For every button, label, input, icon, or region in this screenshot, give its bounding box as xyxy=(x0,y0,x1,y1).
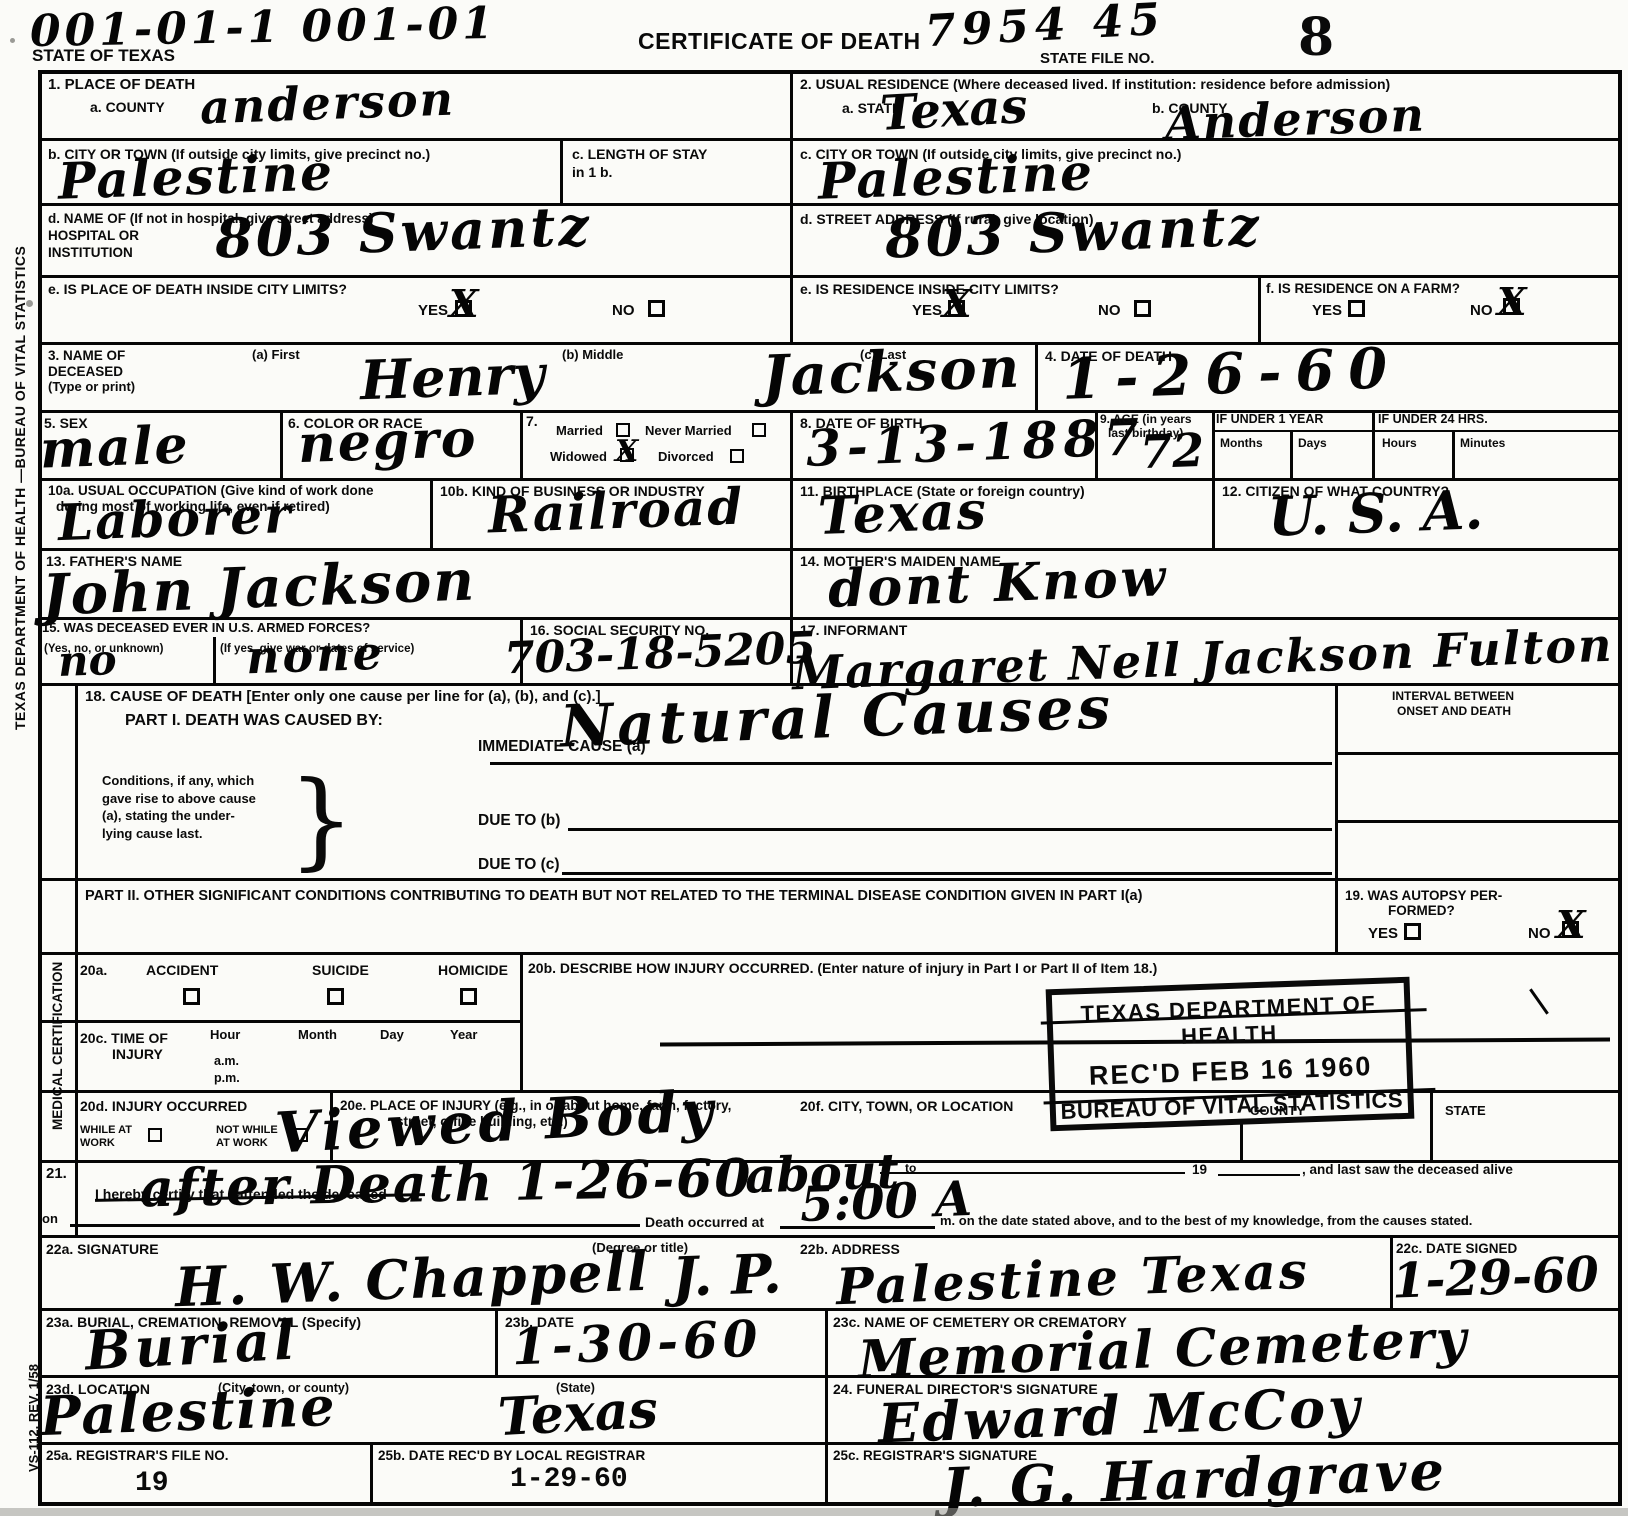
grid-line xyxy=(213,637,216,683)
while-at-work-label-2: WORK xyxy=(80,1137,115,1150)
field-informant-label: 17. INFORMANT xyxy=(800,622,907,638)
grid-line xyxy=(38,275,1622,278)
field-hospital-label-3: INSTITUTION xyxy=(48,245,133,261)
field-20f-label: 20f. CITY, TOWN, OR LOCATION xyxy=(800,1098,1013,1114)
value-first-name: Henry xyxy=(359,347,545,407)
writing-line xyxy=(568,828,1332,831)
accident-label: ACCIDENT xyxy=(146,962,218,978)
grid-line xyxy=(1372,410,1375,478)
writing-line xyxy=(70,1224,640,1227)
field-20b-label: 20b. DESCRIBE HOW INJURY OCCURRED. (Ente… xyxy=(528,960,1157,976)
days-label: Days xyxy=(1298,437,1327,451)
brace-glyph: } xyxy=(288,760,355,881)
married-label: Married xyxy=(556,424,603,439)
last-saw-alive-text: , and last saw the deceased alive xyxy=(1302,1162,1513,1178)
month-label: Month xyxy=(298,1028,337,1043)
value-burial-date: 1-30-60 xyxy=(511,1314,763,1373)
value-burial-location-state: Texas xyxy=(497,1384,659,1444)
homicide-label: HOMICIDE xyxy=(438,962,508,978)
field-length-of-stay-label: c. LENGTH OF STAY xyxy=(572,146,707,162)
value-fathers-name: John Jackson xyxy=(41,552,477,623)
certify-closing-text: m. on the date stated above, and to the … xyxy=(940,1214,1472,1229)
value-residence-city: Palestine xyxy=(817,147,1094,207)
checkbox-pod-limits-yes: X xyxy=(455,300,472,317)
checkbox-pod-limits-no xyxy=(648,300,665,317)
certify-year-fragment: 19 xyxy=(1192,1162,1207,1178)
if-under-24-hrs-label: IF UNDER 24 HRS. xyxy=(1378,412,1488,426)
checkbox-farm-yes xyxy=(1348,300,1365,317)
grid-line xyxy=(1258,275,1261,342)
writing-line xyxy=(1218,1174,1300,1176)
grid-line xyxy=(280,410,283,478)
field-autopsy-label: 19. WAS AUTOPSY PER- xyxy=(1345,888,1502,904)
value-registrar-file-no: 19 xyxy=(135,1468,169,1499)
field-20c-label-2: INJURY xyxy=(112,1046,163,1062)
value-burial: Burial xyxy=(84,1312,300,1377)
yes-label: YES xyxy=(1312,302,1342,319)
page-number: 8 xyxy=(1298,8,1334,68)
grid-line xyxy=(495,1308,498,1375)
value-ssn: 703-18-5205 xyxy=(503,627,816,682)
field-length-of-stay-label-2: in 1 b. xyxy=(572,164,612,180)
value-date-recd: 1-29-60 xyxy=(510,1464,628,1495)
hour-label: Hour xyxy=(210,1028,240,1043)
field-21-label: 21. xyxy=(46,1165,67,1182)
grid-line xyxy=(1240,1122,1243,1160)
on-label: on xyxy=(42,1212,58,1227)
grid-line xyxy=(1212,430,1622,432)
hours-label: Hours xyxy=(1382,437,1417,451)
value-last-name: Jackson xyxy=(761,339,1022,404)
am-label: a.m. xyxy=(214,1054,239,1068)
field-county-label: a. COUNTY xyxy=(90,99,165,115)
stamp-line-2: REC'D FEB 16 1960 xyxy=(1054,1050,1407,1093)
checkbox-autopsy-no: X xyxy=(1562,921,1579,938)
scan-speck xyxy=(26,300,33,307)
grid-line xyxy=(520,410,523,478)
checkbox-farm-no: X xyxy=(1503,298,1520,315)
grid-line xyxy=(1452,430,1455,478)
year-label: Year xyxy=(450,1028,477,1043)
page-title: CERTIFICATE OF DEATH xyxy=(638,28,921,54)
no-label: NO xyxy=(1470,302,1493,319)
divorced-label: Divorced xyxy=(658,450,714,465)
field-name-of-deceased-label-3: (Type or print) xyxy=(48,380,135,395)
grid-line xyxy=(370,1442,373,1506)
field-place-of-death-label: 1. PLACE OF DEATH xyxy=(48,76,195,93)
check-mark: X xyxy=(1497,283,1526,321)
value-armed-forces: no xyxy=(57,639,117,683)
suicide-label: SUICIDE xyxy=(312,962,369,978)
no-label: NO xyxy=(1528,925,1551,942)
field-marital-status-label: 7. xyxy=(526,413,538,429)
value-registrar-signature: J. G. Hardgrave xyxy=(941,1443,1447,1515)
if-under-1-year-label: IF UNDER 1 YEAR xyxy=(1216,412,1323,426)
grid-line xyxy=(1335,820,1622,823)
writing-line xyxy=(562,872,1332,875)
value-place-of-death-county: anderson xyxy=(199,76,455,131)
checkbox-divorced xyxy=(730,449,744,463)
value-certifier-title: J. P. xyxy=(671,1246,782,1304)
conditions-note-label: Conditions, if any, which gave rise to a… xyxy=(102,772,264,842)
value-residence-state: Texas xyxy=(879,82,1029,138)
yes-label: YES xyxy=(1368,925,1398,942)
grid-line xyxy=(38,1020,520,1023)
check-mark: X xyxy=(449,285,478,323)
value-war-or-service: none xyxy=(245,630,385,681)
field-cause-of-death-label: 18. CAUSE OF DEATH [Enter only one cause… xyxy=(85,688,601,705)
grid-line xyxy=(560,138,563,203)
field-name-of-deceased-label-2: DECEASED xyxy=(48,364,123,380)
months-label: Months xyxy=(1220,437,1263,451)
part-2-label: PART II. OTHER SIGNIFICANT CONDITIONS CO… xyxy=(85,888,1142,905)
value-funeral-director-signature: Edward McCoy xyxy=(877,1380,1363,1451)
value-sex: male xyxy=(39,419,190,476)
while-at-work-label: WHILE AT xyxy=(80,1124,132,1137)
part-1-label: PART I. DEATH WAS CAUSED BY: xyxy=(125,712,383,730)
check-mark: X xyxy=(615,437,638,467)
no-label: NO xyxy=(1098,302,1121,319)
death-occurred-at-label: Death occurred at xyxy=(645,1214,764,1230)
value-date-of-death: 1-26-60 xyxy=(1061,340,1402,408)
field-middle-name-label: (b) Middle xyxy=(562,348,623,363)
value-citizenship: U. S. A. xyxy=(1267,482,1484,543)
checkbox-never-married xyxy=(752,423,766,437)
writing-line xyxy=(490,762,1332,765)
field-autopsy-label-2: FORMED? xyxy=(1388,903,1455,919)
checkbox-accident xyxy=(183,988,200,1005)
value-age: 72 xyxy=(1139,427,1205,475)
grid-line xyxy=(38,952,1622,955)
death-certificate-scan: 001-01-1 001-01 STATE OF TEXAS CERTIFICA… xyxy=(0,0,1628,1516)
checkbox-suicide xyxy=(327,988,344,1005)
grid-line xyxy=(1035,342,1038,410)
yes-label: YES xyxy=(912,302,942,319)
received-stamp: TEXAS DEPARTMENT OF HEALTH REC'D FEB 16 … xyxy=(1046,977,1415,1132)
value-place-of-death-address: 803 Swantz xyxy=(214,198,593,265)
field-date-recd-label: 25b. DATE REC'D BY LOCAL REGISTRAR xyxy=(378,1448,645,1464)
grid-line xyxy=(1335,752,1622,755)
checkbox-res-limits-yes: X xyxy=(948,300,965,317)
field-20d-label: 20d. INJURY OCCURRED xyxy=(80,1098,247,1114)
field-20c-label: 20c. TIME OF xyxy=(80,1030,168,1046)
check-mark: X xyxy=(942,285,971,323)
value-industry: Railroad xyxy=(487,482,745,541)
value-pod-city: Palestine xyxy=(57,147,334,207)
not-while-at-work-label-2: AT WORK xyxy=(216,1137,268,1150)
grid-line xyxy=(1335,683,1338,952)
interval-label-2: ONSET AND DEATH xyxy=(1397,705,1511,719)
widowed-label: Widowed xyxy=(550,450,607,465)
field-residence-inside-city-limits-label: e. IS RESIDENCE INSIDE CITY LIMITS? xyxy=(800,281,1059,297)
state-of-texas-label: STATE OF TEXAS xyxy=(32,46,175,66)
handwritten-after-death: after Death 1-26-60 xyxy=(140,1153,753,1216)
scan-speck xyxy=(10,38,15,43)
grid-line xyxy=(38,548,1622,551)
grid-line xyxy=(1290,430,1293,478)
checkbox-res-limits-no xyxy=(1134,300,1151,317)
grid-line xyxy=(38,878,1622,881)
interval-label: INTERVAL BETWEEN xyxy=(1392,690,1514,704)
value-certifier-signature: H. W. Chappell xyxy=(174,1244,650,1315)
due-to-b-label: DUE TO (b) xyxy=(478,812,560,830)
value-mothers-maiden-name: dont Know xyxy=(827,552,1169,616)
grid-line xyxy=(1430,1090,1433,1160)
value-occupation: Laborer xyxy=(57,490,293,548)
field-registrar-file-no-label: 25a. REGISTRAR'S FILE NO. xyxy=(46,1448,229,1464)
grid-line xyxy=(790,70,793,342)
value-residence-address: 803 Swantz xyxy=(884,198,1263,265)
field-hospital-label-2: HOSPITAL OR xyxy=(48,228,139,244)
never-married-label: Never Married xyxy=(645,424,732,439)
grid-line xyxy=(75,683,78,1235)
day-label: Day xyxy=(380,1028,404,1043)
pm-label: p.m. xyxy=(214,1071,240,1085)
grid-line xyxy=(825,1308,828,1506)
field-first-name-label: (a) First xyxy=(252,348,300,363)
field-signature-label: 22a. SIGNATURE xyxy=(46,1241,159,1257)
not-while-at-work-label: NOT WHILE xyxy=(216,1124,278,1137)
left-margin-department-label: TEXAS DEPARTMENT OF HEALTH —BUREAU OF VI… xyxy=(12,246,28,730)
scan-edge-artifact xyxy=(0,1508,1628,1516)
state-column-label: STATE xyxy=(1445,1104,1486,1119)
handwritten-state-file-number: 7954 45 xyxy=(924,0,1167,54)
grid-line xyxy=(430,478,433,548)
value-burial-location-city: Palestine xyxy=(39,1379,337,1443)
state-file-no-label: STATE FILE NO. xyxy=(1040,50,1154,67)
yes-label: YES xyxy=(418,302,448,319)
grid-line xyxy=(1212,410,1215,548)
check-mark: X xyxy=(1556,906,1585,944)
minutes-label: Minutes xyxy=(1460,437,1505,451)
checkbox-homicide xyxy=(460,988,477,1005)
checkbox-autopsy-yes xyxy=(1404,923,1421,940)
grid-line xyxy=(520,952,523,1090)
field-pod-inside-city-limits-label: e. IS PLACE OF DEATH INSIDE CITY LIMITS? xyxy=(48,281,347,297)
value-birthplace: Texas xyxy=(817,485,989,543)
value-color-or-race: negro xyxy=(297,413,478,471)
field-20a-label: 20a. xyxy=(80,962,107,978)
value-date-of-birth: 3-13-1887 xyxy=(805,412,1146,474)
no-label: NO xyxy=(612,302,635,319)
due-to-c-label: DUE TO (c) xyxy=(478,856,560,874)
field-residence-on-farm-label: f. IS RESIDENCE ON A FARM? xyxy=(1266,281,1460,297)
value-residence-county: Anderson xyxy=(1164,91,1426,146)
field-name-of-deceased-label: 3. NAME OF xyxy=(48,348,125,364)
value-date-signed: 1-29-60 xyxy=(1391,1250,1599,1305)
checkbox-while-at-work xyxy=(148,1128,162,1142)
grid-line xyxy=(38,1235,1622,1238)
value-immediate-cause: Natural Causes xyxy=(559,678,1115,755)
checkbox-widowed: X xyxy=(620,448,634,462)
